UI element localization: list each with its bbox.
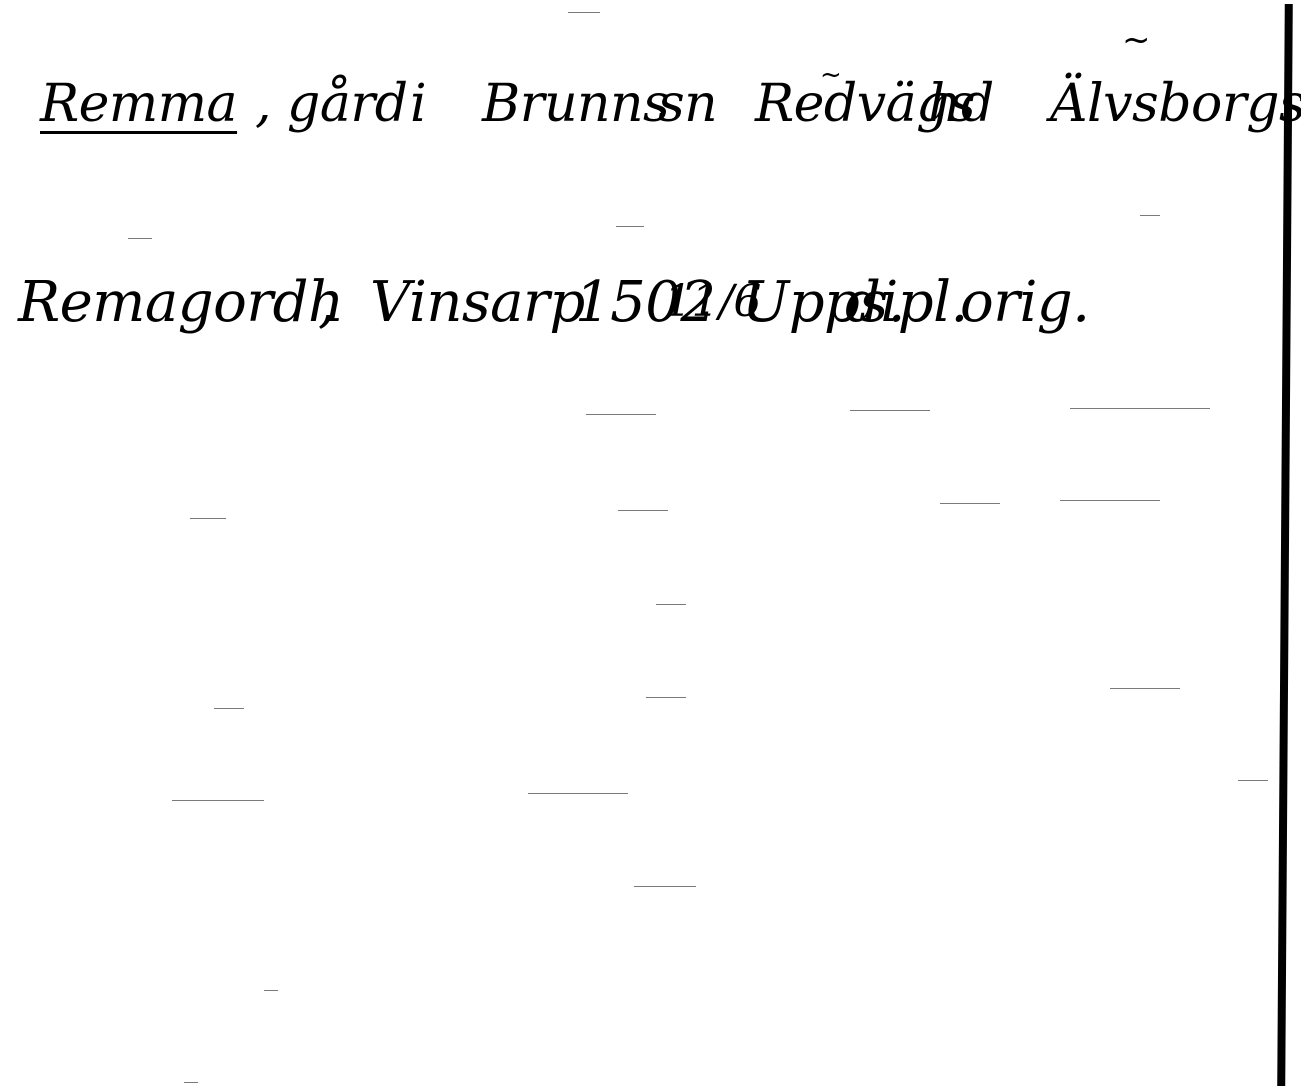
headword: Remma bbox=[40, 74, 237, 134]
entry-text: , gård bbox=[255, 74, 408, 134]
scan-noise bbox=[616, 226, 644, 227]
scan-noise bbox=[264, 990, 278, 991]
entry-text: sn bbox=[658, 74, 717, 134]
scan-noise bbox=[568, 12, 600, 13]
scan-noise bbox=[1140, 215, 1160, 216]
scan-noise bbox=[1238, 780, 1268, 781]
scan-noise bbox=[1060, 500, 1160, 501]
parish-name: Brunns bbox=[482, 74, 669, 134]
entry-text: i bbox=[410, 74, 426, 134]
place-name: Vinsarp bbox=[370, 270, 585, 335]
scan-noise bbox=[656, 604, 686, 605]
scan-noise bbox=[128, 238, 152, 239]
historical-form: Remagordh bbox=[18, 270, 344, 335]
card-edge bbox=[1277, 4, 1293, 1086]
source-reference: dipl. bbox=[845, 270, 968, 335]
scan-noise bbox=[634, 886, 696, 887]
scan-noise bbox=[618, 510, 668, 511]
scan-noise bbox=[528, 793, 628, 794]
source-reference: orig. bbox=[960, 270, 1090, 335]
scan-noise bbox=[646, 697, 686, 698]
archive-card: ~ ~ Remma , gård i Brunns sn Redvägs hd … bbox=[0, 0, 1301, 1086]
scan-noise bbox=[214, 708, 244, 709]
scan-noise bbox=[1110, 688, 1180, 689]
scan-noise bbox=[172, 800, 264, 801]
scan-noise bbox=[940, 503, 1000, 504]
scan-noise bbox=[1070, 408, 1210, 409]
tilde-mark: ~ bbox=[1122, 20, 1151, 60]
scan-noise bbox=[190, 518, 226, 519]
scan-noise bbox=[184, 1082, 198, 1083]
scan-noise bbox=[850, 410, 930, 411]
county-name: Älvsborgs l. bbox=[1050, 74, 1301, 134]
separator: , bbox=[318, 270, 335, 335]
entry-text: hd bbox=[928, 74, 994, 134]
scan-noise bbox=[586, 414, 656, 415]
